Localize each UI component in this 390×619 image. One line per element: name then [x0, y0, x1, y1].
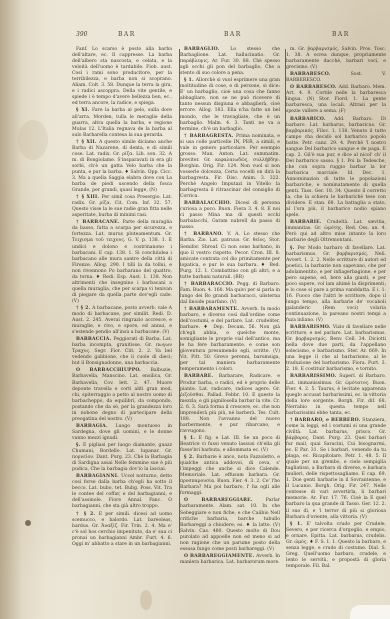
dictionary-entry: † BARBANO. V. A. Lo stesso che Barba. Zi…	[180, 232, 280, 280]
dictionary-entry: BARBAGIA. Luogo montuoso in Sardegna, do…	[72, 424, 172, 442]
paper-stain	[18, 120, 48, 160]
entry-definition: E pigliasi per luogo diamante, guazz Chu…	[72, 443, 172, 472]
entry-headword: † BARBACANE.	[76, 220, 122, 225]
entry-definition: Avverb. In modo barbaro, e diverso così …	[180, 307, 280, 372]
dictionary-entry: O BARBAREGGIAMENTE. Avverb. In maniera b…	[180, 554, 280, 566]
dictionary-entry: BARBACCIA. Peggiorati di Barba. Lat. bar…	[72, 337, 172, 367]
entry-headword: † BARBARO, e BERBERO.	[290, 418, 362, 423]
dictionary-entry: § 1. E fig. e Lat. III. Se un poco di Be…	[180, 436, 280, 454]
entry-headword: BARBACCIA.	[76, 337, 114, 342]
entry-headword: † BARBARACCIO.	[184, 282, 237, 287]
dictionary-entry: † § 2. E per simili. dicesi ad uomo scem…	[72, 512, 172, 548]
dictionary-entry: BARBARISSIMO. Superl. di Barbaro. Lat. i…	[286, 374, 386, 416]
entry-definition: Superl. di Barbaro. Lat. immanissimus. G…	[286, 374, 386, 415]
column-middle: BARBAGLIO. Lo stesso che Barbaglione. La…	[180, 47, 280, 537]
entry-headword: BARBARESCO.	[290, 72, 351, 77]
entry-headword: † § 2.	[76, 512, 99, 517]
entry-definition: Add. Barbaro. Di barbaro. Lat. barbarus,…	[286, 117, 386, 219]
dictionary-entry: † BARBACANE. Parte della muraglia da bas…	[72, 220, 172, 305]
dictionary-entry: m. Gr. βαρβαρισμός. Salvin. Pros. Tosc. …	[286, 47, 386, 71]
entry-headword: § 2.	[184, 455, 196, 460]
entry-definition: Balbuzie, Barbavella, Manscino. Lat. ens…	[72, 368, 172, 421]
entry-headword: † § XIII.	[76, 195, 102, 200]
entry-headword: BARBAGIA.	[76, 424, 116, 429]
entry-definition: Barbarare, Radicare, e Produr barba, o r…	[180, 374, 280, 433]
entry-headword: BARBALACCHIO.	[184, 201, 235, 206]
entry-headword: O BARBARESCO.	[290, 85, 339, 90]
dictionary-entry: BARBAGLIO. Lo stesso che Barbaglione. La…	[180, 47, 280, 77]
entry-headword: BARBARISSIMO.	[290, 374, 339, 379]
entry-definition: Fanf. Lo scarso è posto alla barba dell'…	[72, 47, 172, 106]
paper-stain	[140, 590, 152, 610]
page-corner	[350, 605, 390, 619]
dictionary-entry: §. Per Modo barbaro di favellare. Lat. b…	[286, 246, 386, 325]
entry-headword: BARBARICO.	[290, 117, 334, 122]
entry-headword: BARBARIE.	[290, 220, 327, 225]
entry-definition: Stanziera, come la leggi, ed i costumi s…	[286, 418, 386, 520]
entry-headword: § XI.	[76, 108, 92, 113]
entry-definition: Barbarie è anco, nota Fazzoletto, e qual…	[180, 455, 280, 496]
dictionary-entry: † BARBARO, e BERBERO. Stanziera, come la…	[286, 418, 386, 521]
entry-definition: E' talvolta crudo per Crudele, Severo, e…	[286, 522, 386, 569]
entry-definition: Vizio di favellare nelle scritture, e ne…	[286, 325, 386, 372]
dictionary-entry: † BARBARACCIO. Pegg. di Barbaro. Fam. Bu…	[180, 282, 280, 306]
entry-definition: Allorchè si vuol esprimere una gran molt…	[180, 78, 280, 131]
entry-definition: Uccel notturno, detto così forse dalla b…	[72, 474, 172, 509]
text-columns: Fanf. Lo scarso è posto alla barba dell'…	[72, 47, 386, 537]
entry-headword: BARBARE.	[184, 374, 219, 379]
entry-headword: † BARBAGRESTA.	[184, 134, 236, 139]
dictionary-entry: § XI. Fare la barba al pelo, sulla dore …	[72, 108, 172, 138]
entry-headword: § 1.	[184, 436, 199, 441]
column-left: Fanf. Lo scarso è posto alla barba dell'…	[72, 47, 172, 531]
dictionary-entry: O BARBARESCO. Add. Barbaro. Mem. Art. 4.…	[286, 85, 386, 115]
dictionary-entry: § 1. E' talvolta crudo per Crudele, Seve…	[286, 522, 386, 570]
running-header: 390 BAR BAR BAR	[76, 31, 384, 41]
running-head-center: BAR	[224, 31, 242, 38]
entry-headword: † § XII.	[76, 140, 99, 145]
dictionary-entry: † BARBARAMENTE. Avverb. In modo barbaro,…	[180, 307, 280, 374]
paper-stain	[25, 520, 31, 526]
column-right: m. Gr. βαρβαρισμός. Salvin. Pros. Tosc. …	[286, 47, 386, 513]
entry-headword: O BARBAREGGIARE.	[184, 498, 266, 503]
entry-headword: § 1.	[184, 78, 196, 83]
entry-headword: BARBAGIANNI.	[76, 474, 121, 479]
entry-definition: Parlar barbaramente. Alam. sat. 10. In c…	[180, 498, 280, 551]
dictionary-entry: Fanf. Lo scarso è posto alla barba dell'…	[72, 47, 172, 107]
entry-definition: V. A. Lo stesso che Barba. Zio. Lat. pat…	[180, 232, 280, 279]
dictionary-entry: BARBARICO. Add. Barbaro. Di barbaro. Lat…	[286, 117, 386, 220]
dictionary-entry: § 2. Barbarie è anco, nota Fazzoletto, e…	[180, 455, 280, 497]
entry-headword: † BARBARAMENTE.	[184, 307, 241, 312]
entry-headword: § 1.	[290, 522, 307, 527]
entry-headword: BARBAGLIO.	[184, 47, 230, 52]
dictionary-entry: † § XII. A questo simile diciamo anche B…	[72, 140, 172, 194]
entry-definition: Prima nominata, e si usa colle particell…	[180, 134, 280, 199]
entry-headword: O BARBACCHIUPPO.	[76, 368, 150, 373]
entry-headword: §.	[76, 443, 83, 448]
entry-definition: A questo simile diciamo anche Barba di N…	[72, 140, 172, 193]
spine-shadow	[0, 0, 22, 619]
entry-headword: † § 2.	[76, 306, 92, 311]
dictionary-entry: O BARBAREGGIARE. Parlar barbaramente. Al…	[180, 498, 280, 552]
scanned-page: 390 BAR BAR BAR Fanf. Lo scarso è posto …	[0, 0, 390, 619]
dictionary-entry: † § 2. A barbacane, posto avverb. vale A…	[72, 306, 172, 336]
dictionary-entry: BARBAGIANNI. Uccel notturno, detto così …	[72, 474, 172, 510]
page-number: 390	[76, 31, 87, 38]
entry-definition: Per Modo barbaro di favellare. Lat. barb…	[286, 246, 386, 324]
entry-headword: O BARBAREGGIAMENTE.	[184, 554, 256, 559]
dictionary-entry: BARBARISMO. Vizio di favellare nelle scr…	[286, 325, 386, 373]
running-head-right: BAR	[332, 31, 350, 38]
entry-headword: BARBARISMO.	[290, 325, 333, 330]
entry-definition: Parte della muraglia da basso, fatta a s…	[72, 220, 172, 304]
dictionary-entry: † BARBAGRESTA. Prima nominata, e si usa …	[180, 134, 280, 201]
dictionary-entry: §. E pigliasi per luogo diamante, guazz …	[72, 443, 172, 473]
entry-headword: † BARBANO.	[184, 232, 227, 237]
dictionary-entry: BARBALACCHIO. Dicesi di persona curiosa …	[180, 201, 280, 231]
dictionary-entry: O BARBACCHIUPPO. Balbuzie, Barbavella, M…	[72, 368, 172, 422]
dictionary-entry: BARBARE. Barbarare, Radicare, e Produr b…	[180, 374, 280, 434]
running-head-left: BAR	[118, 31, 136, 38]
dictionary-entry: BARBARESCO. Sost. V. BARBERESCO.	[286, 72, 386, 84]
dictionary-entry: † § XIII. Per simil cosa Presergio. Lat.…	[72, 195, 172, 219]
entry-definition: m. Gr. βαρβαρισμός. Salvin. Pros. Tosc. …	[286, 47, 386, 70]
dictionary-entry: BARBARIE. Crudeltà. Lat. sævitia, immani…	[286, 220, 386, 244]
entry-definition: E per simili. dicesi ad uomo scemucco, e…	[72, 512, 172, 547]
dictionary-entry: § 1. Allorchè si vuol esprimere una gran…	[180, 78, 280, 132]
